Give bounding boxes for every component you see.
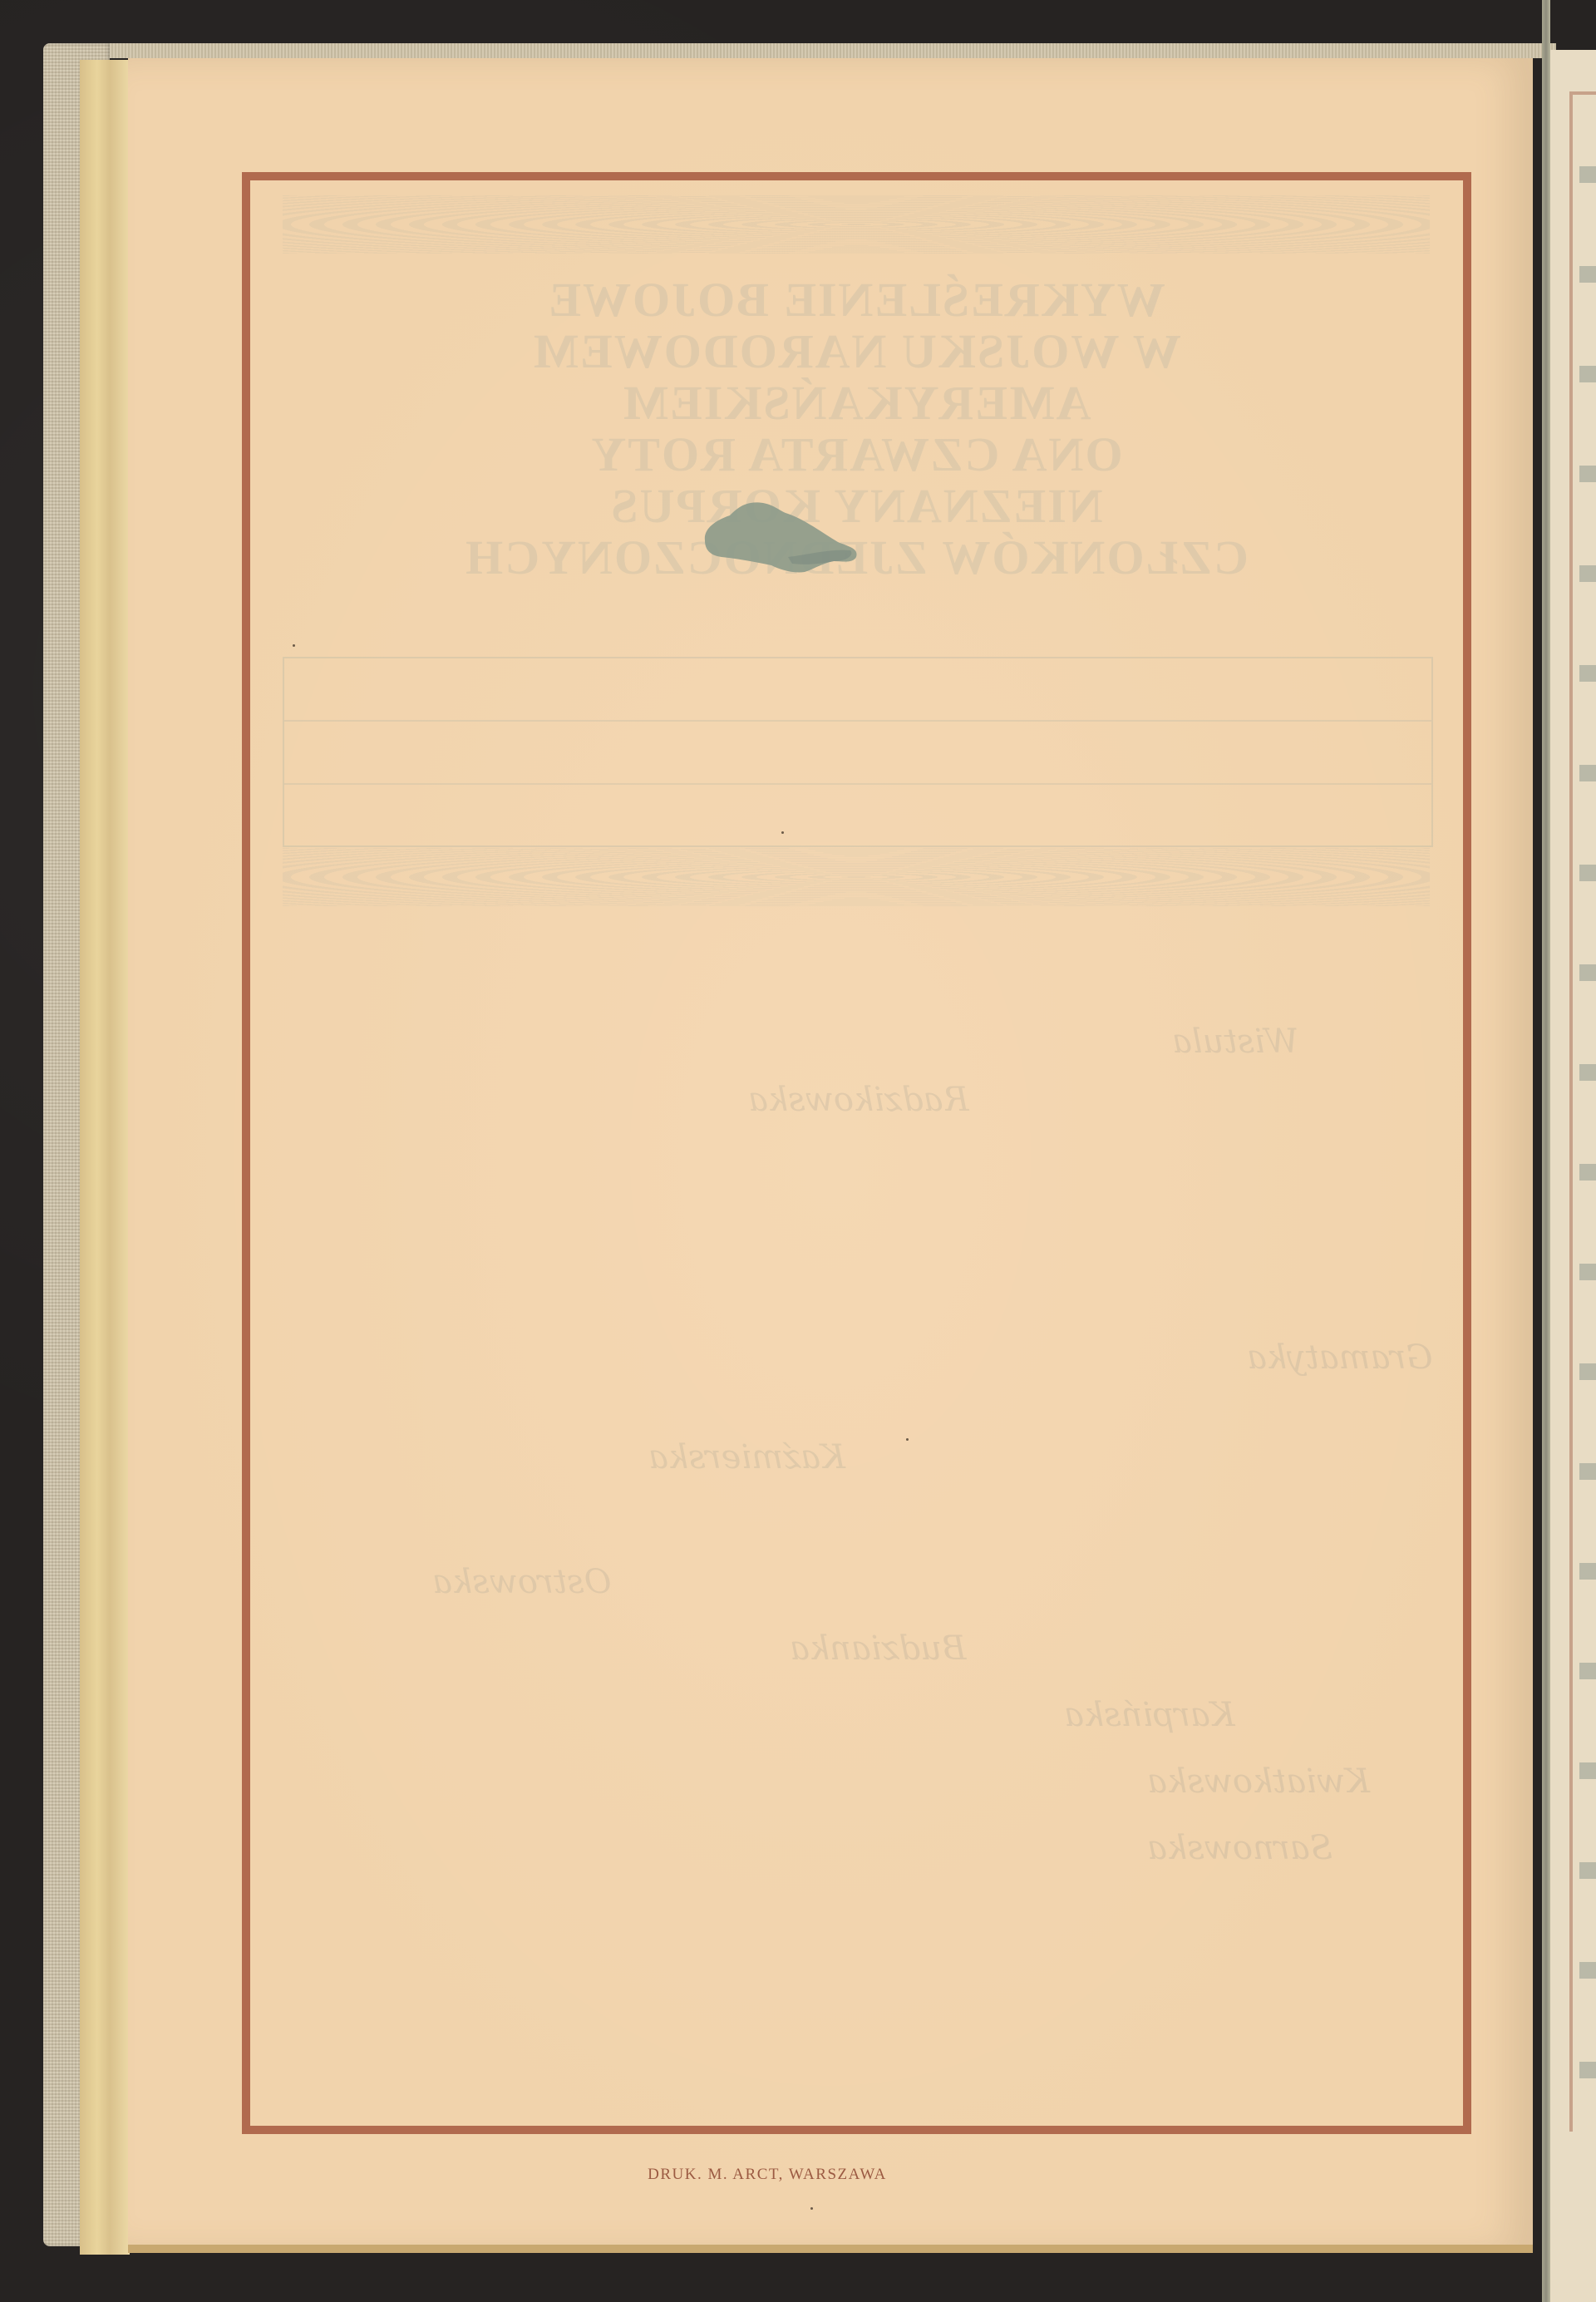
- facing-page-ornament: [1579, 116, 1596, 2112]
- paper-speck: [810, 2207, 813, 2210]
- page-stack-edge: [80, 60, 130, 2255]
- page-bottom-edge: [128, 2245, 1533, 2253]
- paper-speck: [906, 1438, 909, 1441]
- paper-speck: [781, 831, 784, 834]
- book-cover-top-edge: [43, 43, 1556, 58]
- printer-imprint-text: DRUK. M. ARCT, WARSZAWA: [648, 2166, 887, 2184]
- printer-imprint: DRUK. M. ARCT, WARSZAWA: [0, 2166, 1596, 2184]
- page-border-frame: [242, 172, 1471, 2134]
- book-gutter: [1542, 0, 1550, 2302]
- paper-speck: [293, 644, 295, 647]
- ink-stain: [697, 490, 863, 574]
